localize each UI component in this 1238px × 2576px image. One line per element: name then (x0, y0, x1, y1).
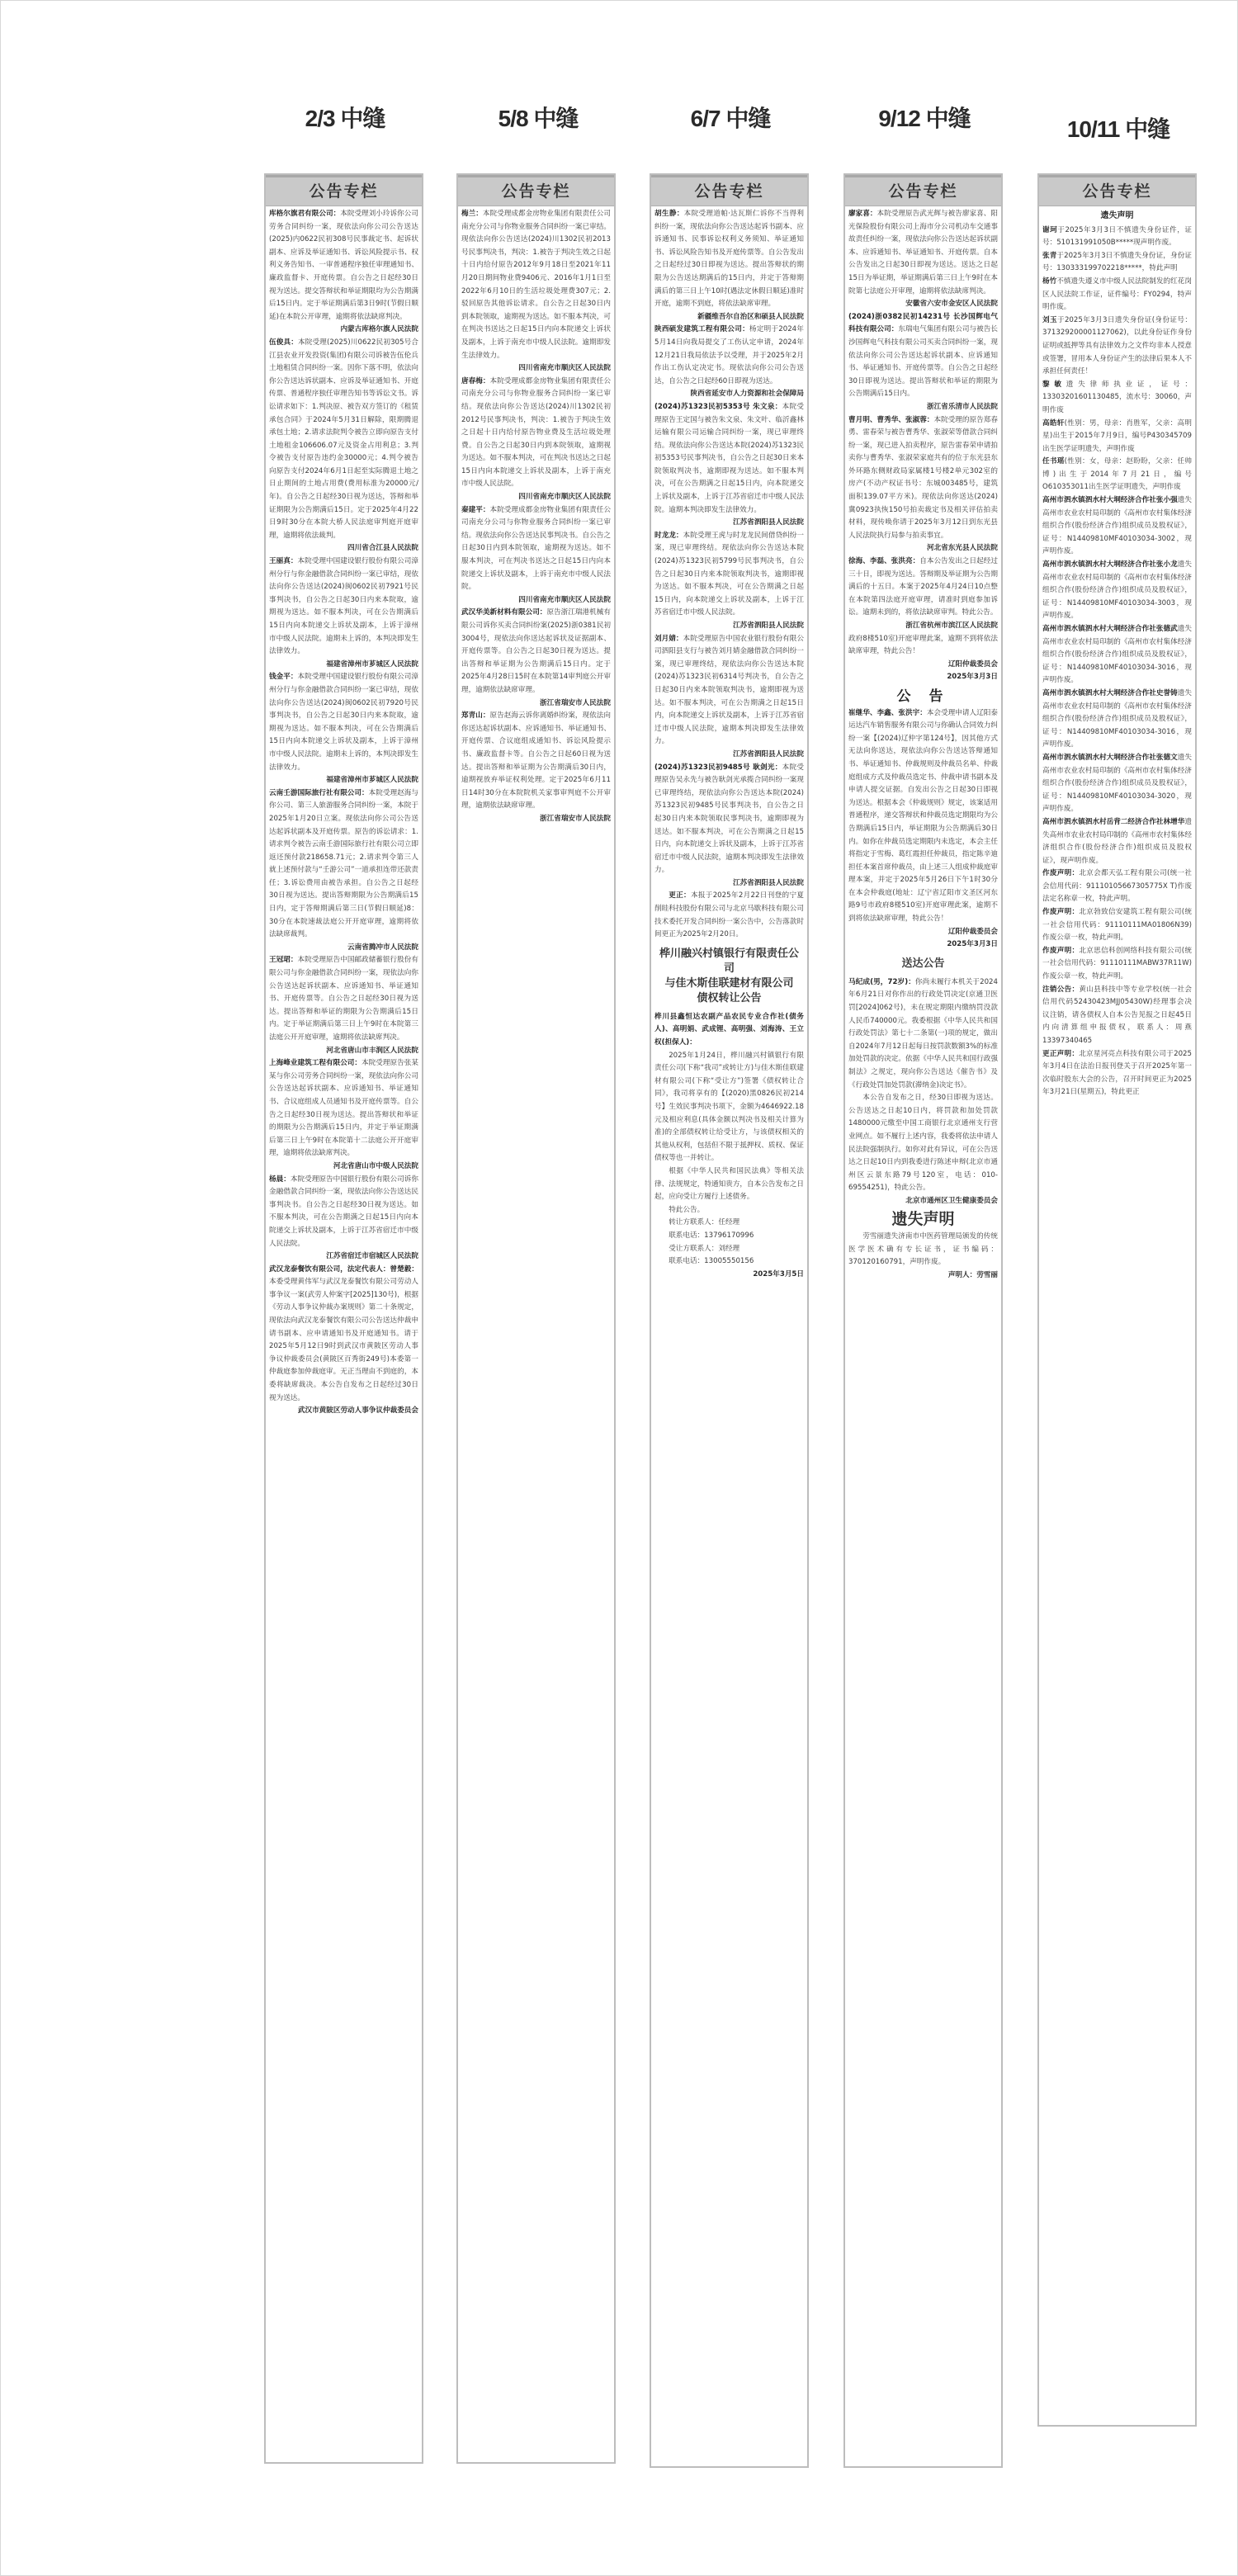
contact-row: 联系电话：13005550156 (654, 1255, 804, 1269)
notice-item: 王冠珺：本院受理原告中国邮政储蓄银行股份有限公司与你金融借款合同纠纷一案，现依法… (269, 954, 418, 1044)
announcement-column-10-11: 公告专栏 遗失声明 谢珂于2025年3月3日不慎遗失身份证件，证号：510131… (1037, 173, 1197, 2427)
notice-item: 高州市泗水镇泗水村岳背二经济合作社林增华遗失高州市农业农村局印制的《高州市农村集… (1042, 816, 1192, 867)
contact-row: 转让方联系人：任经理 (654, 1217, 804, 1230)
notice-signature: 河北省唐山市中级人民法院 (269, 1160, 418, 1174)
notice-text: 自本公告发出之日起经过三十日，即视为送达。答辩期及举证期为公告期满后的十五日。本… (848, 557, 998, 617)
contact-label: 转让方联系人： (669, 1218, 718, 1227)
notice-addressee: 王冠珺： (269, 956, 297, 964)
notice-item: 高州市泗水镇泗水村大垌经济合作社张小强遗失高州市农业农村局印制的《高州市农村集体… (1042, 494, 1192, 559)
announcement-closing: 特此公告。 (654, 1204, 804, 1217)
column-header: 公告专栏 (651, 175, 807, 206)
notice-addressee: 廖家喜： (848, 210, 877, 218)
notice-item: 作废声明：北京勃致信安建筑工程有限公司(统一社会信用代码：91110111MA0… (1042, 906, 1192, 945)
notice-item: 梅兰：本院受理成都金房物业集团有限责任公司南充分公司与你物业服务合同纠纷一案已审… (461, 208, 611, 362)
notice-addressee: 钱金平： (269, 673, 297, 681)
notice-text: 遗失高州市农业农村局印制的《高州市农村集体经济组织合作(股份经济合作)组织成员及… (1042, 689, 1192, 749)
announcement-column-5-8: 公告专栏 梅兰：本院受理成都金房物业集团有限责任公司南充分公司与你物业服务合同纠… (456, 173, 616, 2464)
notice-signature: 福建省漳州市芗城区人民法院 (269, 774, 418, 787)
gonggao-signature: 辽阳仲裁委员会 (848, 926, 998, 939)
notice-person: 高州市泗水镇泗水村大垌经济合作社史誉铸 (1042, 689, 1178, 697)
notice-signature: 辽阳仲裁委员会 (848, 659, 998, 672)
notice-item: 胡生静：本院受理道帕·达瓦斯仁诉你不当得利纠纷一案，现依法向你公告送达起诉书副本… (654, 208, 804, 311)
notice-text: 于2025年3月3日不慎遗失身份证，身份证号：130333199702218**… (1042, 252, 1192, 273)
notice-item: 刘玉于2025年3月3日遗失身份证(身份证号：37132920000112706… (1042, 314, 1192, 379)
notice-item: (2024)苏1323民初5353号 朱文泉：本院受理原告王定国与被告朱文泉、朱… (654, 401, 804, 517)
notice-addressee: 秦建平： (461, 506, 489, 514)
notice-item: 曹月明、曹秀华、张淑蓉：本院受理的原告郑春勇、雷春荣与被告曹秀华、张淑荣等借款合… (848, 414, 998, 543)
correction-notice: 更正：本报于2025年2月22日刊登的宁夏削眭科技股份有限公司与北京马歇科技有限… (654, 890, 804, 941)
notice-person: 杨竹 (1042, 277, 1056, 286)
lost-notice-text: 劳雪丽遗失济南市中医药管理局颁发的传统医学医术确有专长证书，证书编码：37012… (848, 1231, 998, 1269)
notice-addressee: 云南壬游国际旅行社有限公司： (269, 789, 369, 797)
notice-addressee: 库格尔旗君有限公司： (269, 210, 340, 218)
notice-item: 库格尔旗君有限公司：本院受理刘小玲诉你公司劳务合同纠纷一案，现依法向你公司公告送… (269, 208, 418, 324)
notice-text: 本院受理原告中国邮政储蓄银行股份有限公司与你金融借款合同纠纷一案，现依法向你公告… (269, 956, 418, 1042)
column-label-2-3: 2/3 中缝 (262, 101, 428, 134)
notice-signature: 安徽省六安市金安区人民法院 (848, 298, 998, 311)
notice-item: (2024)苏1323民初9485号 耿剑光：本院受理原告吴永先与被告耿剑光承揽… (654, 762, 804, 877)
contact-value: 刘经理 (718, 1245, 739, 1253)
notice-item: 高州市泗水镇泗水村大垌经济合作社张德文遗失高州市农业农村局印制的《高州市农村集体… (1042, 752, 1192, 816)
column-header: 公告专栏 (458, 175, 614, 206)
column-body: 胡生静：本院受理道帕·达瓦斯仁诉你不当得利纠纷一案，现依法向你公告送达起诉书副本… (651, 206, 807, 1284)
notice-item: 上海峰业建筑工程有限公司：本院受理原告张某某与你公司劳务合同纠纷一案，现依法向你… (269, 1057, 418, 1160)
notice-person: 注销公告： (1042, 985, 1079, 994)
notice-text: 遗失高州市农业农村局印制的《高州市农村集体经济组织合作(股份经济合作)组织成员及… (1042, 754, 1192, 813)
notice-person: 作废声明： (1042, 869, 1079, 877)
songda-addressee: 马纪成(男，72岁)： (848, 978, 915, 986)
announcement-date: 2025年3月5日 (654, 1269, 804, 1282)
notice-signature: 四川省合江县人民法院 (269, 542, 418, 555)
notice-addressee: (2024)苏1323民初5353号 朱文泉： (654, 403, 782, 411)
announcement-paragraph: 根据《中华人民共和国民法典》等相关法律、法规规定，特通知贵方，自本公告发布之日起… (654, 1165, 804, 1204)
contact-label: 联系电话： (669, 1231, 704, 1240)
songda-paragraph: 本公告自发布之日，经30日即视为送达。公告送达之日起10日内，将罚款和加处罚款1… (848, 1092, 998, 1195)
notice-person: 作废声明： (1042, 908, 1079, 916)
notice-person: 高州市泗水镇泗水村大垌经济合作社张德武 (1042, 625, 1178, 633)
notice-signature: 福建省漳州市芗城区人民法院 (269, 659, 418, 672)
notice-text: 遗失高州市农业农村局印制的《高州市农村集体经济组织合作(股份经济合作)组织成员及… (1042, 496, 1192, 555)
notice-item: 谢珂于2025年3月3日不慎遗失身份证件，证号：510131991050B***… (1042, 225, 1192, 250)
notice-item: (2024)浙0382民初14231号 长沙国辉电气科技有限公司：东瑞电气集团有… (848, 311, 998, 401)
notice-text: (性别：男，母亲：肖胜军，父亲：高明星)出生于2015年7月9日，编号P4303… (1042, 419, 1192, 453)
gonggao-addressee: 崔继华、李鑫、张洪宇： (848, 709, 927, 717)
notice-item: 作废声明：北京思信科创网络科技有限公司(统一社会信用代码：91110111MAB… (1042, 945, 1192, 984)
notice-person: 任书瑶 (1042, 457, 1065, 466)
lost-notices-subtitle: 遗失声明 (1042, 210, 1192, 223)
notice-text: 于2025年3月3日遗失身份证(身份证号：371329200001127062)… (1042, 316, 1192, 376)
notice-text: 不慎遗失遵义市中级人民法院制发的红花岗区人民法院工作证，证件编号：FY0294，… (1042, 277, 1192, 311)
notice-item: 时龙龙：本院受理王虎与时龙龙民间借贷纠纷一案，现已审理终结。现依法向你公告送达本… (654, 530, 804, 620)
column-label-5-8: 5/8 中缝 (456, 101, 621, 134)
songda-signature: 北京市通州区卫生健康委员会 (848, 1195, 998, 1208)
notice-text: 本院受理中国建设银行股份有限公司漳州分行与你金融借款合同纠纷一案已审结，现依法向… (269, 557, 418, 655)
contact-value: 任经理 (718, 1218, 739, 1227)
announcement-title: 桦川融兴村镇银行有限责任公司 与佳木斯佳联建材有限公司 债权转让公告 (654, 947, 804, 1006)
notice-text: 本院受理原告中国农业银行股份有限公司泗阳县支行与被告刘月婧金融借款合同纠纷一案，… (654, 635, 804, 746)
gonggao-title: 公 告 (848, 691, 998, 704)
notice-text: 本院受理成都金房物业集团有限责任公司南充分公司与你物业服务合同纠纷一案已审结。现… (461, 506, 611, 592)
notice-item: 陕西硕发建筑工程有限公司：杨定明于2024年5月14日向我局提交了工伤认定申请，… (654, 324, 804, 388)
notice-text: 本院受理(2025)川0622民初305号合江县农业开发投资(集团)有限公司诉被… (269, 338, 418, 540)
column-header: 公告专栏 (266, 175, 422, 206)
contact-label: 受让方联系人： (669, 1245, 718, 1253)
notice-person: 高州市泗水镇泗水村岳背二经济合作社林增华 (1042, 818, 1184, 826)
announcement-paragraph: 2025年1月24日，桦川融兴村镇银行有限责任公司(下称“我司”或转让方)与佳木… (654, 1050, 804, 1165)
notice-signature: 内蒙古库格尔旗人民法院 (269, 324, 418, 337)
notice-signature: 江苏省泗阳县人民法院 (654, 749, 804, 762)
announcement-column-9-12: 公告专栏 廖家喜：本院受理原告武光辉与被告廖家喜、阳光保险股份有限公司上海市分公… (843, 173, 1003, 2468)
announcement-column-2-3: 公告专栏 库格尔旗君有限公司：本院受理刘小玲诉你公司劳务合同纠纷一案，现依法向你… (264, 173, 423, 2464)
notice-item: 徐海、李磊、张洪亮：自本公告发出之日起经过三十日，即视为送达。答辩期及举证期为公… (848, 555, 998, 620)
notice-text: 本委受理黄伟军与武汉龙泰餐饮有限公司劳动人事争议一案(武劳人仲案字[2025]1… (269, 1278, 418, 1401)
notice-item: 高州市泗水镇泗水村大垌经济合作社张小龙遗失高州市农业农村局印制的《高州市农村集体… (1042, 559, 1192, 623)
gonggao-date: 2025年3月3日 (848, 938, 998, 952)
announcement-addressee: 桦川县鑫恒达农副产品农民专业合作社(债务人)、高明娟、武成锂、高明强、刘海涛、王… (654, 1011, 804, 1050)
column-label-9-12: 9/12 中缝 (842, 101, 1007, 134)
notice-item: 伍俊具：本院受理(2025)川0622民初305号合江县农业开发投资(集团)有限… (269, 337, 418, 543)
notice-signature: 四川省南充市顺庆区人民法院 (461, 362, 611, 376)
debt-transfer-announcement: 桦川融兴村镇银行有限责任公司 与佳木斯佳联建材有限公司 债权转让公告 桦川县鑫恒… (654, 947, 804, 1281)
notice-text: 原告浙江瑞港机械有限公司诉你买卖合同纠纷案(2025)浙0381民初3004号，… (461, 608, 611, 694)
notice-item: 刘月婧：本院受理原告中国农业银行股份有限公司泗阳县支行与被告刘月婧金融借款合同纠… (654, 633, 804, 749)
notice-signature: 浙江省瑞安市人民法院 (461, 697, 611, 711)
contact-row: 受让方联系人：刘经理 (654, 1243, 804, 1256)
notice-signature: 河北省东光县人民法院 (848, 542, 998, 555)
title-line: 桦川融兴村镇银行有限责任公司 (654, 947, 804, 976)
notice-addressee: 上海峰业建筑工程有限公司： (269, 1059, 361, 1067)
lost-notice-signature: 声明人：劳雪丽 (848, 1269, 998, 1283)
contact-label: 联系电话： (669, 1257, 704, 1265)
notice-text: 东瑞电气集团有限公司与被告长沙国辉电气科技有限公司买卖合同纠纷一案，现依法向你公… (848, 325, 998, 398)
notice-person: 刘玉 (1042, 316, 1057, 324)
notice-addressee: 武汉龙泰餐饮有限公司，法定代表人：曾楚毅： (269, 1265, 418, 1274)
notice-text: 本院受理原告王定国与被告朱文泉、朱文叶、临沂鑫林运输有限公司运输合同纠纷一案，现… (654, 403, 804, 514)
column-body: 库格尔旗君有限公司：本院受理刘小玲诉你公司劳务合同纠纷一案，现依法向你公司公告送… (266, 206, 422, 1421)
notice-text: 遗失高州市农业农村局印制的《高州市农村集体经济组织合作(股份经济合作)组织成员及… (1042, 560, 1192, 620)
notice-addressee: 徐海、李磊、张洪亮： (848, 557, 919, 565)
notice-signature: 河北省唐山市丰润区人民法院 (269, 1045, 418, 1058)
notice-addressee: 武汉华美新材料有限公司： (461, 608, 546, 617)
notice-signature: 武汉市黄陂区劳动人事争议仲裁委员会 (269, 1405, 418, 1418)
notice-text: 本院受理原告武光辉与被告廖家喜、阳光保险股份有限公司上海市分公司机动车交通事故责… (848, 210, 998, 295)
notice-text: 本院受理成都金房物业集团有限责任公司南充分公司与你物业服务合同纠纷一案已审结。现… (461, 377, 611, 489)
notice-item: 张青于2025年3月3日不慎遗失身份证，身份证号：130333199702218… (1042, 250, 1192, 276)
notice-addressee: 王丽真： (269, 557, 297, 565)
notice-item: 更正声明：北京星河亮点科技有限公司于2025年3月4日在法治日报刊登关于召开20… (1042, 1048, 1192, 1099)
notice-person: 高州市泗水镇泗水村大垌经济合作社张小龙 (1042, 560, 1178, 569)
notice-text: 本院受理原告中国银行股份有限公司诉你金融借款合同纠纷一案，现依法向你公告送达民事… (269, 1175, 418, 1248)
column-body: 梅兰：本院受理成都金房物业集团有限责任公司南充分公司与你物业服务合同纠纷一案已审… (458, 206, 614, 830)
notice-addressee: 时龙龙： (654, 532, 683, 540)
notice-signature: 江苏省宿迁市宿城区人民法院 (269, 1250, 418, 1264)
notice-addressee: 伍俊具： (269, 338, 298, 347)
notice-addressee: 唐春梅： (461, 377, 489, 385)
title-line: 债权转让公告 (654, 991, 804, 1006)
notice-person: 黎敏 (1042, 380, 1066, 389)
notice-item: 廖家喜：本院受理原告武光辉与被告廖家喜、阳光保险股份有限公司上海市分公司机动车交… (848, 208, 998, 298)
notice-item: 黎敏遗失律师执业证，证号：13303201601130485，流水号：30060… (1042, 379, 1192, 418)
notice-signature: 浙江省杭州市滨江区人民法院 (848, 620, 998, 633)
songda-body: 马纪成(男，72岁)：你尚未履行本机关于2024年6月21日对你作出的行政处罚决… (848, 976, 998, 1092)
notice-addressee: 胡生静： (654, 210, 684, 218)
notice-item: 高州市泗水镇泗水村大垌经济合作社史誉铸遗失高州市农业农村局印制的《高州市农村集体… (1042, 688, 1192, 752)
notice-item: 钱金平：本院受理中国建设银行股份有限公司漳州分行与你金融借款合同纠纷一案已审结，… (269, 671, 418, 774)
column-header: 公告专栏 (845, 175, 1001, 206)
gonggao-text: 本会受理申请人辽阳泰运达汽车销售服务有限公司与你确认合同效力纠纷一案【(2024… (848, 709, 998, 924)
notice-item: 高州市泗水镇泗水村大垌经济合作社张德武遗失高州市农业农村局印制的《高州市农村集体… (1042, 623, 1192, 688)
notice-item: 杨竹不慎遗失遵义市中级人民法院制发的红花岗区人民法院工作证，证件编号：FY029… (1042, 276, 1192, 314)
notice-text: 本院受理原告张某某与你公司劳务合同纠纷一案，现依法向你公司公告送达起诉状副本、应… (269, 1059, 418, 1157)
gonggao-body: 崔继华、李鑫、张洪宇：本会受理申请人辽阳泰运达汽车销售服务有限公司与你确认合同效… (848, 707, 998, 926)
songda-title: 送达公告 (848, 957, 998, 971)
notice-person: 更正声明： (1042, 1050, 1079, 1058)
column-label-10-11: 10/11 中缝 (1036, 111, 1201, 144)
contact-row: 联系电话：13796170996 (654, 1230, 804, 1243)
notice-text: 杨定明于2024年5月14日向我局提交了工伤认定申请，2024年12月21日我局… (654, 325, 804, 385)
notice-text: 本院受理赵海与你公司、第三人旅游服务合同纠纷一案，本院于2025年1月20日立案… (269, 789, 418, 939)
announcement-column-6-7: 公告专栏 胡生静：本院受理道帕·达瓦斯仁诉你不当得利纠纷一案，现依法向你公告送达… (650, 173, 809, 2468)
notice-person: 高州市泗水镇泗水村大垌经济合作社张德文 (1042, 754, 1178, 762)
notice-item: 杨晨：本院受理原告中国银行股份有限公司诉你金融借款合同纠纷一案，现依法向你公告送… (269, 1174, 418, 1251)
notice-signature: 江苏省泗阳县人民法院 (654, 620, 804, 633)
contact-phone: 13796170996 (704, 1231, 754, 1240)
notice-item: 武汉龙泰餐饮有限公司，法定代表人：曾楚毅：本委受理黄伟军与武汉龙泰餐饮有限公司劳… (269, 1264, 418, 1406)
notice-item: 王丽真：本院受理中国建设银行股份有限公司漳州分行与你金融借款合同纠纷一案已审结，… (269, 555, 418, 659)
column-body: 遗失声明 谢珂于2025年3月3日不慎遗失身份证件，证号：51013199105… (1039, 206, 1195, 1103)
column-header: 公告专栏 (1039, 175, 1195, 206)
notice-signature: 云南省腾冲市人民法院 (269, 942, 418, 955)
notice-signature: 陕西省延安市人力资源和社会保障局 (654, 388, 804, 401)
notice-text: 原告赵海云诉你离婚纠纷案，现依法向你送达起诉状副本、应诉通知书、举证通知书、开庭… (461, 711, 611, 810)
notice-item: 云南壬游国际旅行社有限公司：本院受理赵海与你公司、第三人旅游服务合同纠纷一案，本… (269, 787, 418, 942)
notice-date: 2025年3月3日 (848, 671, 998, 684)
notice-text: 于2025年3月3日不慎遗失身份证件，证号：510131991050B*****… (1042, 226, 1192, 248)
notice-item: 注销公告：黄山县科技中等专业学校(统一社会信用代码52430423MJJ0543… (1042, 984, 1192, 1048)
notice-signature: 四川省南充市顺庆区人民法院 (461, 594, 611, 607)
notice-text: 本院受理刘小玲诉你公司劳务合同纠纷一案，现依法向你公司公告送达(2025)内06… (269, 210, 418, 321)
notice-person: 谢珂 (1042, 226, 1057, 234)
notice-item: 郑青山：原告赵海云诉你离婚纠纷案，现依法向你送达起诉状副本、应诉通知书、举证通知… (461, 710, 611, 813)
notice-person: 张青 (1042, 252, 1056, 260)
notice-signature: 四川省南充市顺庆区人民法院 (461, 491, 611, 504)
notice-item: 武汉华美新材料有限公司：原告浙江瑞港机械有限公司诉你买卖合同纠纷案(2025)浙… (461, 607, 611, 697)
title-line: 与佳木斯佳联建材有限公司 (654, 976, 804, 991)
notice-text: 本院受理的原告郑春勇、雷春荣与被告曹秀华、张淑荣等借款合同纠纷一案，现已进入拍卖… (848, 416, 998, 540)
notice-addressee: 刘月婧： (654, 635, 683, 643)
notice-item: 政府8楼510室)开庭审理此案，逾期不到将依法缺席审理，特此公告！ (848, 633, 998, 659)
notice-text: 本院受理成都金房物业集团有限责任公司南充分公司与你物业服务合同纠纷一案已审结。现… (461, 210, 611, 360)
notice-text: 本院受理原告吴永先与被告耿剑光承揽合同纠纷一案现已审理终结，现依法向你公告送达本… (654, 763, 804, 875)
notice-signature: 江苏省泗阳县人民法院 (654, 877, 804, 891)
notice-signature: 新疆维吾尔自治区和硕县人民法院 (654, 311, 804, 324)
notice-signature: 浙江省瑞安市人民法院 (461, 813, 611, 826)
songda-text: 你尚未履行本机关于2024年6月21日对你作出的行政处罚决定(京通卫医罚[202… (848, 978, 998, 1089)
column-label-6-7: 6/7 中缝 (648, 101, 813, 134)
notice-item: 高皓轩(性别：男，母亲：肖胜军，父亲：高明星)出生于2015年7月9日，编号P4… (1042, 418, 1192, 456)
notice-person: 作废声明： (1042, 947, 1079, 955)
notice-signature: 江苏省泗阳县人民法院 (654, 517, 804, 530)
notice-text: 本院受理中国建设银行股份有限公司漳州分行与你金融借款合同纠纷一案已审结，现依法向… (269, 673, 418, 771)
column-body: 廖家喜：本院受理原告武光辉与被告廖家喜、阳光保险股份有限公司上海市分公司机动车交… (845, 206, 1001, 1286)
notice-text: (性别：女，母亲：赵盼盼，父亲：任帅博)出生于2014年7月21日，编号O610… (1042, 457, 1192, 491)
notice-item: 唐春梅：本院受理成都金房物业集团有限责任公司南充分公司与你物业服务合同纠纷一案已… (461, 376, 611, 491)
notice-text: 本院受理王虎与时龙龙民间借贷纠纷一案，现已审理终结。现依法向你公告送达本院(20… (654, 532, 804, 617)
notice-item: 作废声明：北京会都天弘工程有限公司(统一社会信用代码：9111010566730… (1042, 867, 1192, 906)
notice-addressee: (2024)苏1323民初9485号 耿剑光： (654, 763, 782, 772)
lost-notice-title: 遗失声明 (848, 1213, 998, 1227)
notice-person: 高州市泗水镇泗水村大垌经济合作社张小强 (1042, 496, 1178, 504)
notice-addressee: 杨晨： (269, 1175, 291, 1184)
notice-signature: 浙江省乐清市人民法院 (848, 401, 998, 414)
notice-addressee: 更正： (669, 891, 691, 900)
notice-addressee: 梅兰： (461, 210, 483, 218)
contact-phone: 13005550156 (704, 1257, 754, 1265)
notice-addressee: 郑青山： (461, 711, 489, 720)
notice-addressee: 陕西硕发建筑工程有限公司： (654, 325, 749, 333)
notice-item: 秦建平：本院受理成都金房物业集团有限责任公司南充分公司与你物业服务合同纠纷一案已… (461, 504, 611, 594)
notice-text: 政府8楼510室)开庭审理此案，逾期不到将依法缺席审理，特此公告！ (848, 635, 998, 656)
notice-person: 高皓轩 (1042, 419, 1065, 428)
notice-text: 遗失高州市农业农村局印制的《高州市农村集体经济组织合作(股份经济合作)组织成员及… (1042, 625, 1192, 684)
notice-addressee: 曹月明、曹秀华、张淑蓉： (848, 416, 933, 424)
notice-item: 任书瑶(性别：女，母亲：赵盼盼，父亲：任帅博)出生于2014年7月21日，编号O… (1042, 456, 1192, 494)
notice-text: 黄山县科技中等专业学校(统一社会信用代码52430423MJJ05430W)经理… (1042, 985, 1192, 1045)
notice-text: 本院受理道帕·达瓦斯仁诉你不当得利纠纷一案，现依法向你公告送达起诉书副本、应诉通… (654, 210, 804, 308)
